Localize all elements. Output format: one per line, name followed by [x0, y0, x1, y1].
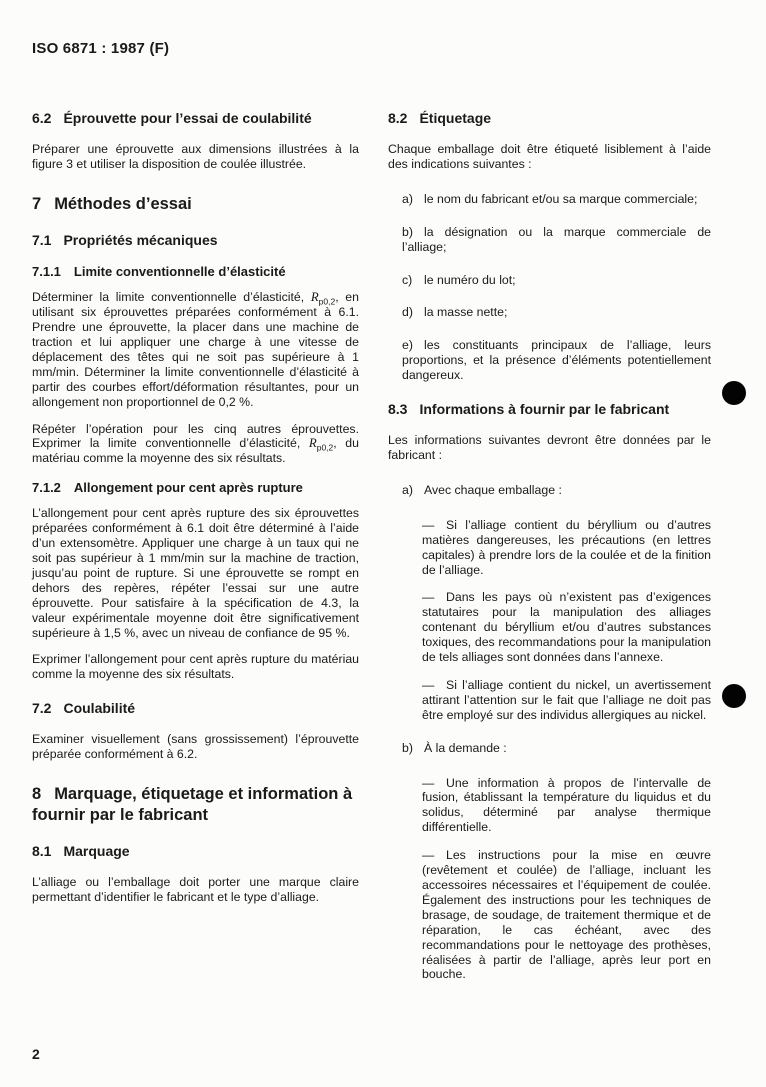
paragraph-8-2: Chaque emballage doit être étiqueté lisi…	[388, 142, 711, 172]
section-title: Étiquetage	[419, 110, 491, 126]
heading-8-3: 8.3Informations à fournir par le fabrica…	[388, 401, 711, 418]
text-run: Déterminer la limite conventionnelle d’é…	[32, 290, 311, 304]
list-label: a)	[402, 483, 424, 498]
section-number: 7	[32, 195, 41, 213]
list-label: d)	[402, 305, 424, 320]
section-number: 7.1.2	[32, 480, 61, 495]
section-title: Éprouvette pour l’essai de coulabilité	[63, 110, 311, 126]
section-number: 7.1.1	[32, 264, 61, 279]
section-number: 7.1	[32, 232, 51, 248]
page-number: 2	[32, 1046, 40, 1062]
paragraph-8-1: L’alliage ou l’emballage doit porter une…	[32, 875, 359, 905]
heading-8: 8Marquage, étiquetage et information à f…	[32, 784, 359, 825]
section-number: 8.1	[32, 843, 51, 859]
dash-glyph: —	[422, 678, 446, 693]
section-title: Propriétés mécaniques	[63, 232, 217, 248]
dash-text: Si l’alliage contient du nickel, un aver…	[422, 678, 711, 722]
list-label: b)	[402, 741, 424, 756]
paragraph-7-1-2-a: L’allongement pour cent après rupture de…	[32, 506, 359, 640]
list-item-a: a)le nom du fabricant et/ou sa marque co…	[402, 192, 711, 207]
symbol-rp02: R	[309, 436, 317, 450]
paragraph-7-1-1-b: Répéter l’opération pour les cinq autres…	[32, 422, 359, 467]
section-title: Marquage, étiquetage et information à fo…	[32, 785, 352, 824]
list-item-a-emballage: a)Avec chaque emballage :	[402, 483, 711, 498]
paragraph-6-2: Préparer une éprouvette aux dimensions i…	[32, 142, 359, 172]
document-reference: ISO 6871 : 1987 (F)	[32, 40, 169, 57]
heading-7: 7Méthodes d’essai	[32, 194, 359, 215]
list-label: c)	[402, 273, 424, 288]
list-text: les constituants principaux de l’alliage…	[402, 338, 711, 382]
list-item-b-demande: b)À la demande :	[402, 741, 711, 756]
dash-glyph: —	[422, 776, 446, 791]
list-label: e)	[402, 338, 424, 353]
paragraph-7-2: Examiner visuellement (sans grossissemen…	[32, 732, 359, 762]
list-text: Avec chaque emballage :	[424, 483, 562, 497]
list-text: la désignation ou la marque commerciale …	[402, 225, 711, 254]
list-item-d: d)la masse nette;	[402, 305, 711, 320]
section-title: Limite conventionnelle d’élasticité	[74, 264, 286, 279]
list-item-c: c)le numéro du lot;	[402, 273, 711, 288]
left-column: 6.2Éprouvette pour l’essai de coulabilit…	[32, 110, 359, 917]
dash-text: Si l’alliage contient du béryllium ou d’…	[422, 518, 711, 577]
paragraph-8-3: Les informations suivantes devront être …	[388, 433, 711, 463]
list-text: le numéro du lot;	[424, 273, 516, 287]
section-title: Méthodes d’essai	[54, 195, 192, 213]
section-number: 8.3	[388, 401, 407, 417]
list-text: le nom du fabricant et/ou sa marque comm…	[424, 192, 697, 206]
list-text: la masse nette;	[424, 305, 507, 319]
section-number: 8.2	[388, 110, 407, 126]
dash-item-nickel: —Si l’alliage contient du nickel, un ave…	[422, 678, 711, 723]
list-label: b)	[402, 225, 424, 240]
heading-7-1-2: 7.1.2Allongement pour cent après rupture	[32, 480, 359, 496]
dash-item-fusion: —Une information à propos de l’intervall…	[422, 776, 711, 836]
section-title: Coulabilité	[63, 700, 135, 716]
document-page: ISO 6871 : 1987 (F) 6.2Éprouvette pour l…	[0, 0, 766, 1087]
list-item-b: b)la désignation ou la marque commercial…	[402, 225, 711, 255]
dash-item-pays: —Dans les pays où n’existent pas d’exige…	[422, 590, 711, 665]
registration-dot-1	[722, 381, 746, 405]
dash-glyph: —	[422, 848, 446, 863]
dash-glyph: —	[422, 590, 446, 605]
paragraph-7-1-2-b: Exprimer l’allongement pour cent après r…	[32, 652, 359, 682]
text-run: , en utilisant six éprouvettes préparées…	[32, 290, 359, 408]
list-label: a)	[402, 192, 424, 207]
subscript: p0,2	[317, 443, 334, 453]
dash-item-instructions: —Les instructions pour la mise en œuvre …	[422, 848, 711, 982]
heading-7-2: 7.2Coulabilité	[32, 700, 359, 717]
section-number: 7.2	[32, 700, 51, 716]
heading-6-2: 6.2Éprouvette pour l’essai de coulabilit…	[32, 110, 359, 127]
dash-item-beryllium: —Si l’alliage contient du béryllium ou d…	[422, 518, 711, 578]
symbol-rp02: R	[311, 290, 319, 304]
section-number: 6.2	[32, 110, 51, 126]
registration-dot-2	[722, 684, 746, 708]
section-title: Marquage	[63, 843, 129, 859]
dash-glyph: —	[422, 518, 446, 533]
heading-8-1: 8.1Marquage	[32, 843, 359, 860]
right-column: 8.2Étiquetage Chaque emballage doit être…	[388, 110, 711, 995]
dash-text: Une information à propos de l’intervalle…	[422, 776, 711, 835]
dash-text: Les instructions pour la mise en œuvre (…	[422, 848, 711, 981]
heading-8-2: 8.2Étiquetage	[388, 110, 711, 127]
section-title: Allongement pour cent après rupture	[74, 480, 303, 495]
section-title: Informations à fournir par le fabricant	[419, 401, 669, 417]
section-number: 8	[32, 785, 41, 803]
heading-7-1-1: 7.1.1Limite conventionnelle d’élasticité	[32, 264, 359, 280]
list-text: À la demande :	[424, 741, 507, 755]
list-item-e: e)les constituants principaux de l’allia…	[402, 338, 711, 383]
heading-7-1: 7.1Propriétés mécaniques	[32, 232, 359, 249]
dash-text: Dans les pays où n’existent pas d’exigen…	[422, 590, 711, 664]
paragraph-7-1-1-a: Déterminer la limite conventionnelle d’é…	[32, 290, 359, 409]
